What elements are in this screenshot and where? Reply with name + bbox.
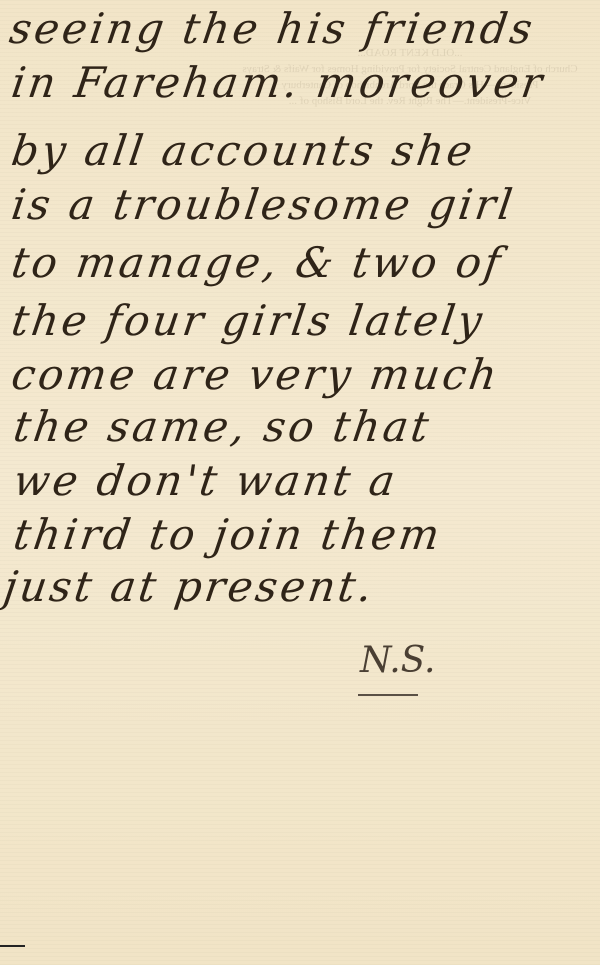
handwritten-line-3: by all accounts she	[9, 126, 479, 175]
signature-underline	[358, 694, 418, 696]
handwritten-line-4: is a troublesome girl	[9, 180, 519, 229]
handwritten-line-8: the same, so that	[11, 402, 435, 451]
handwritten-line-1: seeing the his friends	[7, 4, 539, 53]
signature: N.S.	[360, 640, 435, 681]
handwritten-line-11: just at present.	[1, 562, 379, 611]
margin-mark	[0, 945, 25, 947]
handwritten-line-2: in Fareham. moreover	[9, 58, 549, 107]
letter-page: ...OLD KENT ROAD... Church of England Ce…	[0, 0, 600, 965]
handwritten-line-5: to manage, & two of	[9, 238, 507, 287]
handwritten-line-6: the four girls lately	[9, 296, 488, 345]
handwritten-line-7: come are very much	[9, 350, 503, 399]
handwritten-line-10: third to join them	[11, 510, 446, 559]
handwritten-line-9: we don't want a	[11, 456, 401, 505]
